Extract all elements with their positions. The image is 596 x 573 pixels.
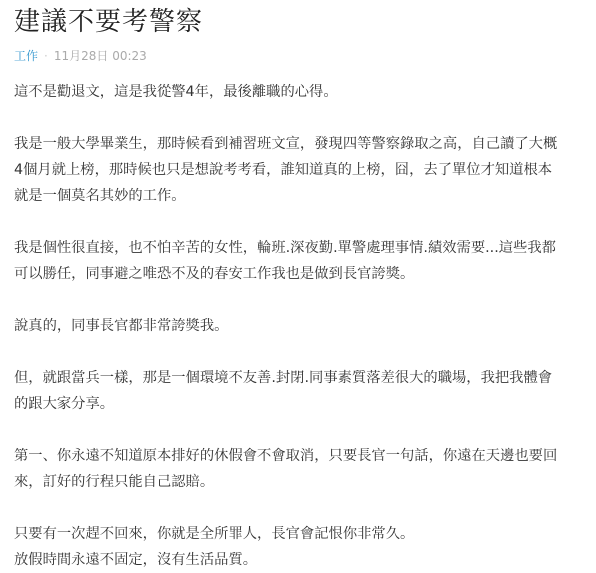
post-body: 這不是勸退文，這是我從警4年，最後離職的心得。 我是一般大學畢業生，那時候看到補… (14, 79, 588, 573)
text-line: 但，就跟當兵一樣，那是一個環境不友善.封閉.同事素質落差很大的職場，我把我體會 (14, 365, 588, 391)
text-line: 的跟大家分享。 (14, 391, 588, 417)
text-line: 說真的，同事長官都非常誇獎我。 (14, 313, 588, 339)
text-line: 我是一般大學畢業生，那時候看到補習班文宣，發現四等警察錄取之高，自己讀了大概 (14, 131, 588, 157)
paragraph-3: 我是個性很直接，也不怕辛苦的女性，輪班.深夜勤.單警處理事情.績效需要...這些… (14, 235, 588, 287)
paragraph-4: 說真的，同事長官都非常誇獎我。 (14, 313, 588, 339)
text-line: 第一、你永遠不知道原本排好的休假會不會取消，只要長官一句話，你遠在天邊也要回 (14, 443, 588, 469)
paragraph-7: 只要有一次趕不回來，你就是全所罪人，長官會記恨你非常久。 放假時間永遠不固定，沒… (14, 521, 588, 573)
post-title: 建議不要考警察 (14, 0, 596, 40)
paragraph-1: 這不是勸退文，這是我從警4年，最後離職的心得。 (14, 79, 588, 105)
paragraph-2: 我是一般大學畢業生，那時候看到補習班文宣，發現四等警察錄取之高，自己讀了大概 4… (14, 131, 588, 209)
post-meta: 工作 · 11月28日 00:23 (14, 48, 596, 64)
post-date: 11月28日 00:23 (54, 48, 147, 64)
paragraph-5: 但，就跟當兵一樣，那是一個環境不友善.封閉.同事素質落差很大的職場，我把我體會 … (14, 365, 588, 417)
text-line: 4個月就上榜，那時候也只是想說考考看，誰知道真的上榜，囧，去了單位才知道根本 (14, 157, 588, 183)
text-line: 我是個性很直接，也不怕辛苦的女性，輪班.深夜勤.單警處理事情.績效需要...這些… (14, 235, 588, 261)
text-line: 可以勝任，同事避之唯恐不及的春安工作我也是做到長官誇獎。 (14, 261, 588, 287)
text-line: 來，訂好的行程只能自己認賠。 (14, 469, 588, 495)
article: 建議不要考警察 工作 · 11月28日 00:23 這不是勸退文，這是我從警4年… (0, 0, 596, 573)
paragraph-6: 第一、你永遠不知道原本排好的休假會不會取消，只要長官一句話，你遠在天邊也要回 來… (14, 443, 588, 495)
text-line: 就是一個莫名其妙的工作。 (14, 183, 588, 209)
category-link[interactable]: 工作 (14, 48, 38, 64)
text-line: 這不是勸退文，這是我從警4年，最後離職的心得。 (14, 79, 588, 105)
text-line: 只要有一次趕不回來，你就是全所罪人，長官會記恨你非常久。 (14, 521, 588, 547)
text-line: 放假時間永遠不固定，沒有生活品質。 (14, 547, 588, 573)
meta-separator: · (44, 48, 48, 64)
